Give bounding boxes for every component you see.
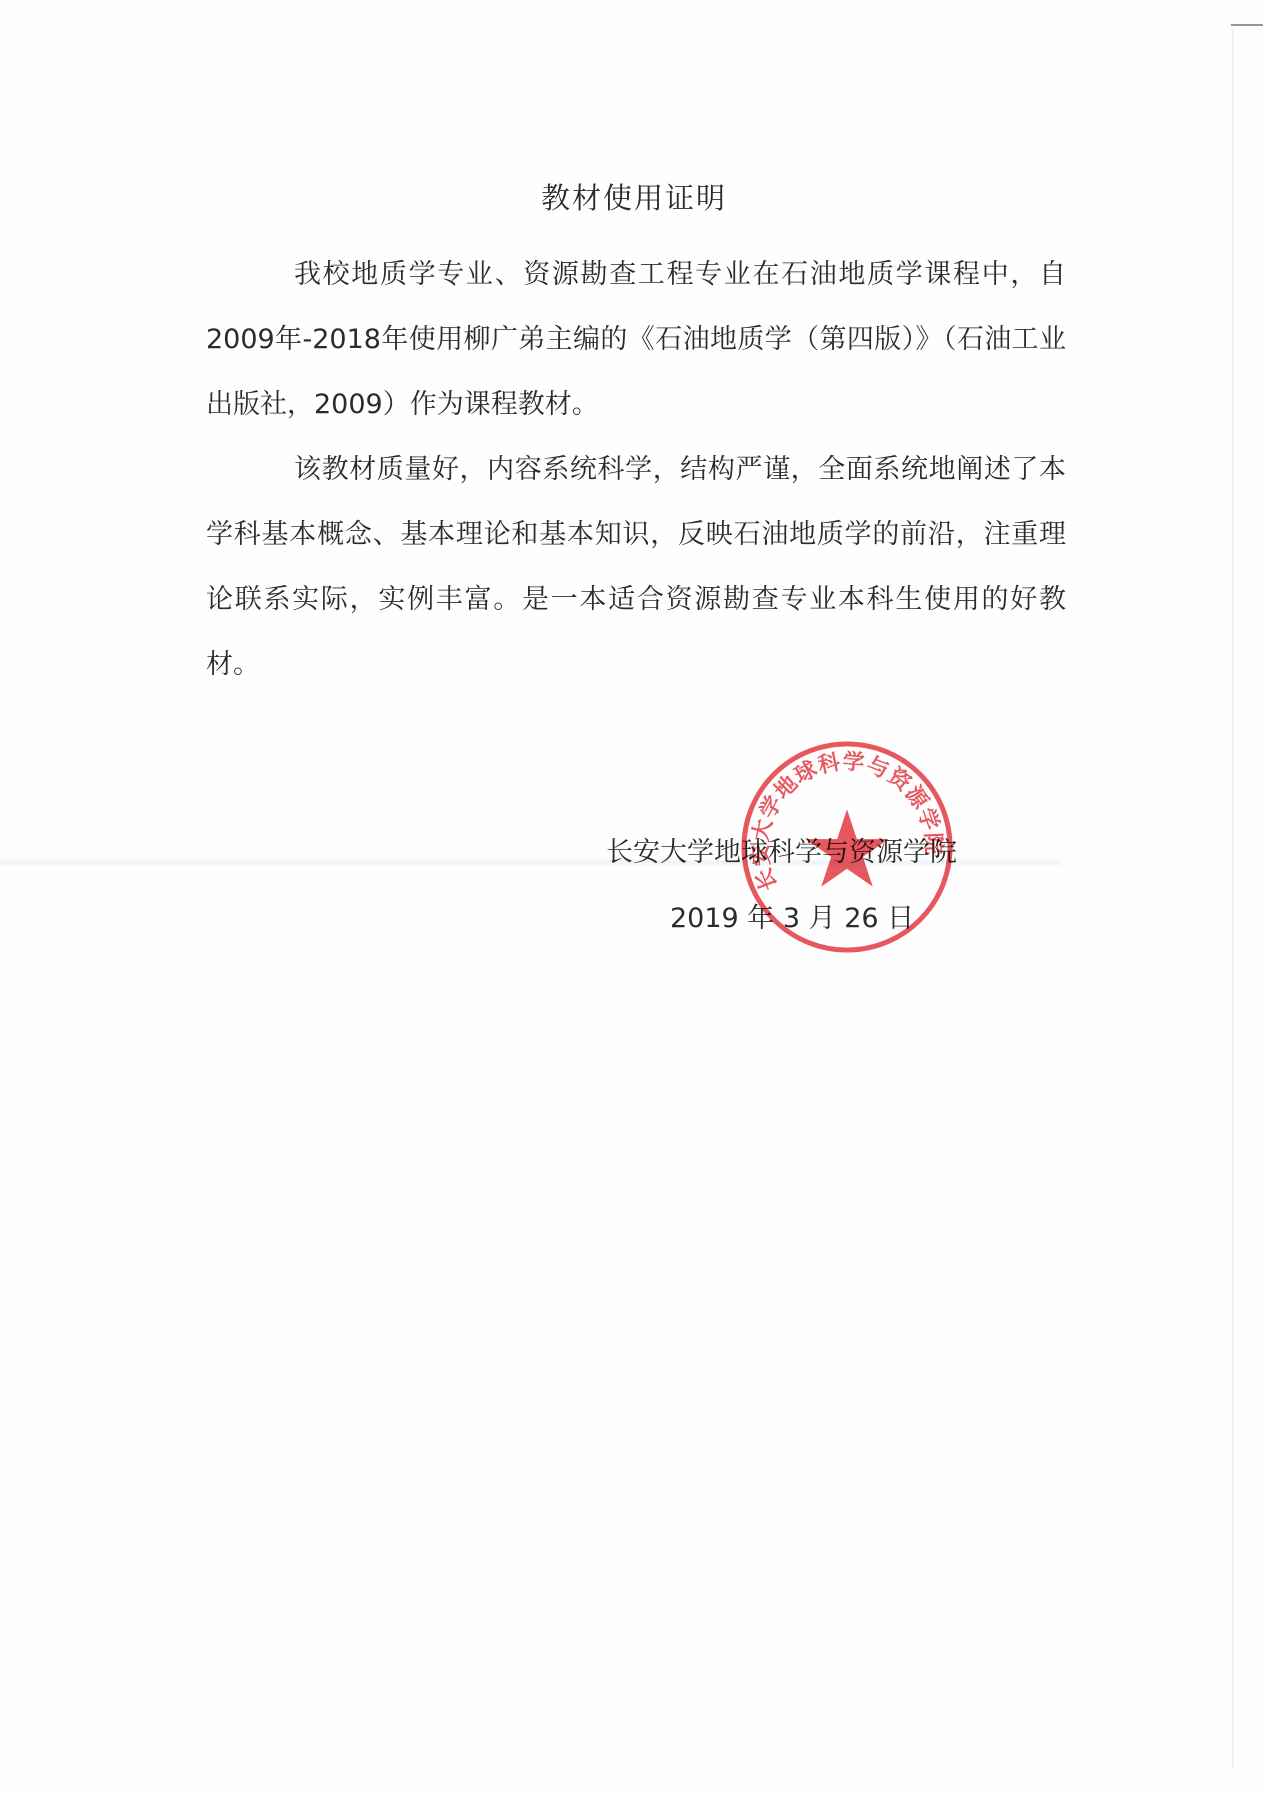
document-body: 我校地质学专业、资源勘查工程专业在石油地质学课程中，自2009年-2018年使用…: [206, 242, 1066, 697]
paragraph-2: 该教材质量好，内容系统科学，结构严谨，全面系统地阐述了本学科基本概念、基本理论和…: [206, 437, 1066, 697]
document-title-text: 教材使用证明: [541, 176, 727, 217]
document-title: 教材使用证明: [0, 176, 1268, 217]
star-icon: [805, 809, 888, 886]
paragraph-1: 我校地质学专业、资源勘查工程专业在石油地质学课程中，自2009年-2018年使用…: [206, 242, 1066, 437]
scan-edge-shadow: [1232, 28, 1234, 1768]
scan-edge-mark: [1231, 24, 1263, 26]
scanned-document-page: 教材使用证明 我校地质学专业、资源勘查工程专业在石油地质学课程中，自2009年-…: [0, 0, 1268, 1793]
official-seal: 长安大学地球科学与资源学院: [738, 738, 956, 956]
